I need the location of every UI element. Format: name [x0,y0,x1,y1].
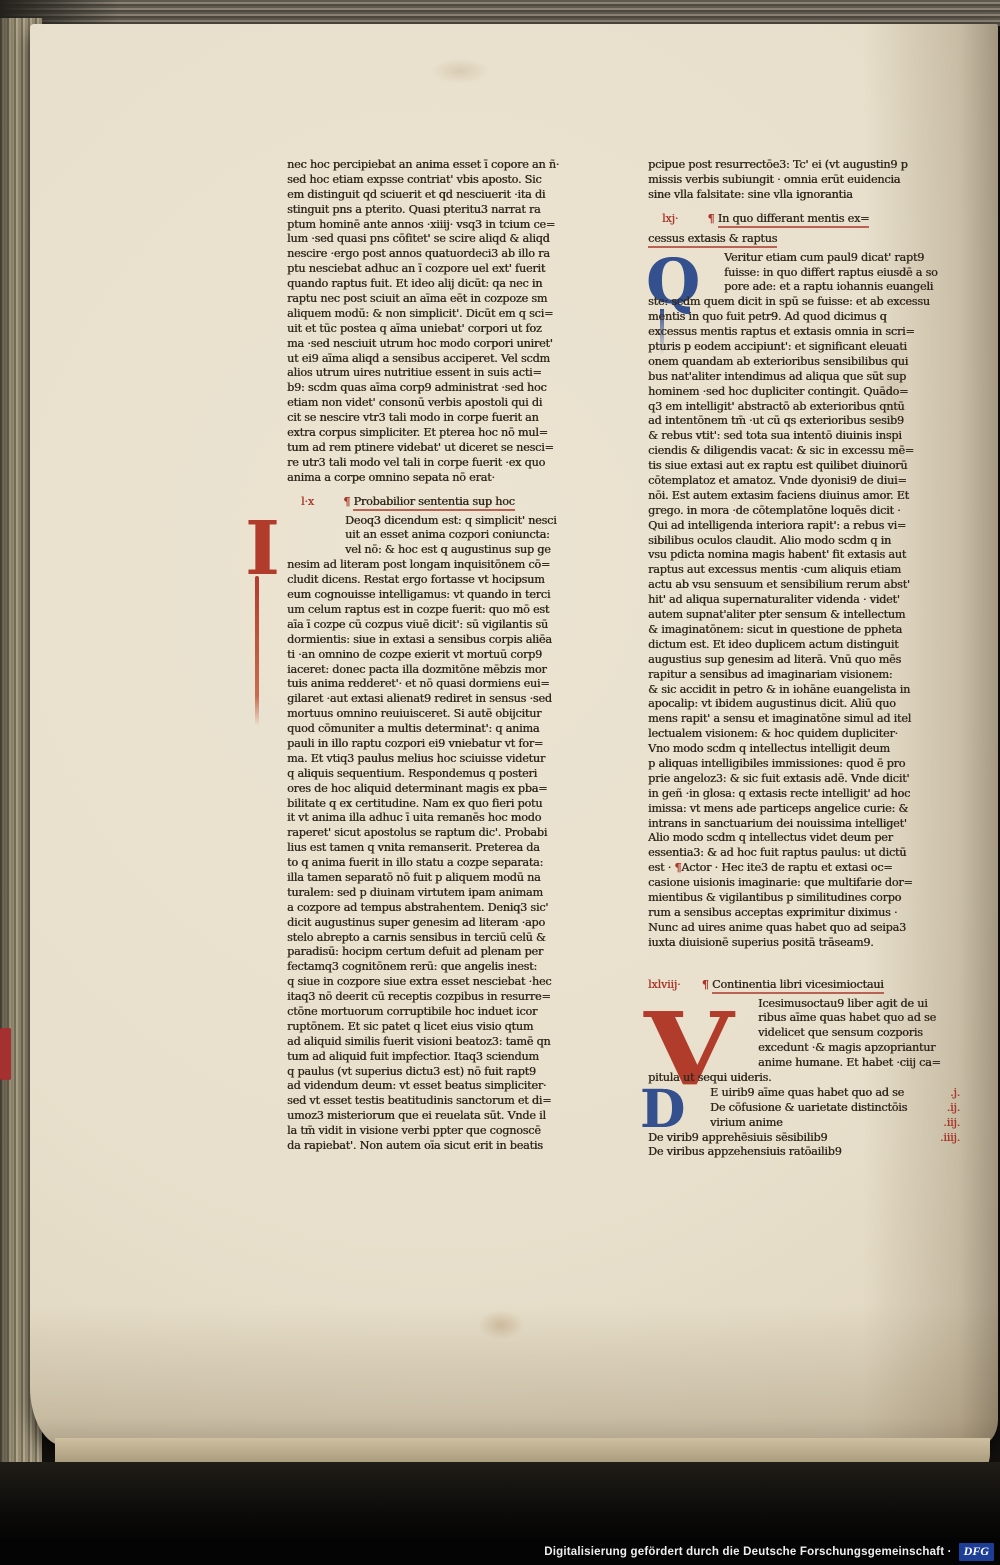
paragraph: pitula ut sequi uideris. [648,1071,960,1086]
parchment-stain [430,58,490,84]
chapter-number: l·x [301,495,314,508]
text-line: excessus mentis raptus et extasis omnia … [648,325,960,340]
text-line: tum ad aliquid fuit impfectior. Itaq3 sc… [287,1050,603,1065]
text-line: ut ei9 aīma aliqd a sensibus acciperet. … [287,352,603,367]
contents-item-number: .iij. [943,1116,960,1131]
text-line: & imaginatōnem: sicut in questione de pp… [648,623,960,638]
text-line: etiam non videt' consonū verbis apostoli… [287,396,603,411]
text-line: q3 em intelligit' abstractō ab exteriori… [648,400,960,415]
text-line: a cozpore ad tempus abstrahentem. Deniq3… [287,901,603,916]
text-line: q aliquis sequentium. Respondemus q post… [287,767,603,782]
text-line: casione uisionis imaginarie: que multifa… [648,876,960,891]
chapter-heading: lxj· ¶ In quo differant mentis ex= [648,211,960,227]
text-line: mortuus omnino reuiuisceret. Si autē obi… [287,707,603,722]
text-line: fuisse: in quo differt raptus eiusdē a s… [648,266,960,281]
text-line: & rebus vtit': sed tota sua intentō diui… [648,429,960,444]
contents-list: De virib9 apprehēsiuis sēsibilib9.iiij.D… [648,1131,960,1161]
text-line: missis verbis subiungit · omnia erūt eui… [648,173,960,188]
contents-heading: lxlviij· ¶ Continentia libri vicesimioct… [648,977,960,993]
text-line: nec hoc percipiebat an anima esset ī cop… [287,158,603,173]
paragraph: nec hoc percipiebat an anima esset ī cop… [287,158,603,486]
book-top-page-edges [0,0,1000,26]
text-line: raperet' sicut apostolus se raptum dic'.… [287,826,603,841]
contents-item-number: .j. [950,1086,960,1101]
text-line: uit an esset anima cozpori coniuncta: [287,528,603,543]
text-line: sibilibus oculos claudit. Alio modo scdm… [648,534,960,549]
text-line: pitula ut sequi uideris. [648,1071,960,1086]
text-line: videlicet que sensum cozporis [648,1026,960,1041]
text-line: la tm̄ vidit in visione verbi ppter que … [287,1124,603,1139]
text-line: itaq3 nō deerit cū receptis cozpibus in … [287,990,603,1005]
text-line: nescire ·ergo post annos quatuordeci3 ab… [287,247,603,262]
text-line: Icesimusoctau9 liber agit de ui [648,997,960,1012]
text-line: b9: scdm quas aīma corp9 administrat ·se… [287,381,603,396]
text-line: uit et tūc postea q aīma uniebat' corpor… [287,322,603,337]
text-line: ores de hoc aliquid determinant magis ex… [287,782,603,797]
text-column-left: nec hoc percipiebat an anima esset ī cop… [287,158,603,1154]
text-line: dictum est. Et ideo duplicem actum disti… [648,638,960,653]
text-line: nesim ad literam post longam inquisitōne… [287,558,603,573]
text-line: anima a corpe omnino sepata nō erat· [287,471,603,486]
text-line: sine vlla falsitate: sine vlla ignoranti… [648,188,960,203]
digitization-credit-text: Digitalisierung gefördert durch die Deut… [544,1546,951,1558]
text-line: sed vt esset testis beatitudinis sanctor… [287,1094,603,1109]
paragraph: V Icesimusoctau9 liber agit de uiribus a… [648,997,960,1071]
parchment-stain [478,1310,524,1340]
text-line: ad intentōnem tm̄ ·ut cū qs exterioribus… [648,414,960,429]
scanned-book-page: nec hoc percipiebat an anima esset ī cop… [0,0,1000,1565]
text-line: quod cōmuniter a multis determinat': q a… [287,722,603,737]
text-line: fectamq3 cognitōnem rerū: que angelis in… [287,960,603,975]
text-line: excedunt ·& magis apzopriantur [648,1041,960,1056]
text-line: ptum hominē ante annos ·xiiij· vsq3 in t… [287,218,603,233]
text-line: dormientis: siue in extasi a sensibus co… [287,633,603,648]
chapter-title: Probabilior sententia sup hoc [353,495,514,511]
text-line: raptu nec post sciuit an aīma eēt in coz… [287,292,603,307]
paragraph: ste: scdm quem dicit in spū se fuisse: e… [648,295,960,950]
chapter-heading: l·x ¶ Probabilior sententia sup hoc [287,494,603,510]
text-line: iaceret: donec pacta illa dozmitōne mēbz… [287,663,603,678]
text-line: q paulus (vt superius dictu3 est) nō fui… [287,1065,603,1080]
text-line: ad aliquid similis fuerit visioni beatoz… [287,1035,603,1050]
contents-item-text: De virib9 apprehēsiuis sēsibilib9 [648,1131,827,1146]
text-line: nōi. Est autem extasim faciens diuinus a… [648,489,960,504]
text-line: imissa: vt mens ade particeps angelice c… [648,802,960,817]
dfg-logo: DFG [959,1543,994,1561]
text-line: ctōne mortuorum corruptibile hoc induet … [287,1005,603,1020]
text-line: da rapiebat'. Non autem oīa sicut erit i… [287,1139,603,1154]
text-line: hominem ·sed hoc dupliciter contingit. Q… [648,385,960,400]
text-line: extra corpus simpliciter. Et pterea hoc … [287,426,603,441]
text-line: ruptōnem. Et sic patet q licet eius visi… [287,1020,603,1035]
text-line: um celum raptus est in cozpe fuerit: quo… [287,603,603,618]
contents-item-text: De viribus appzehensiuis ratōailib9 [648,1145,842,1160]
text-line: mentis in quo fuit petr9. Ad quod dicimu… [648,310,960,325]
text-line: p aliquas intelligibiles immissiones: qu… [648,757,960,772]
contents-item: E uirib9 aīme quas habet quo ad se.j. [648,1086,960,1101]
text-line: ste: scdm quem dicit in spū se fuisse: e… [648,295,960,310]
fore-edge-tab [0,1028,11,1080]
digitization-footer-bar: Digitalisierung gefördert durch die Deut… [0,1538,1000,1565]
text-line: paradisū: hocipm certum defuit ad plenam… [287,945,603,960]
text-line: prie angeloz3: & sic fuit extasis adē. V… [648,772,960,787]
text-line: grego. in mora ·de cōtemplatōne loquēs d… [648,504,960,519]
text-line: vsu pdicta nomina magis habent' fit exta… [648,548,960,563]
text-line: est · ¶Actor · Hec ite3 de raptu et exta… [648,861,960,876]
text-column-right: pcipue post resurrectōe3: Tc' ei (vt aug… [648,158,960,1160]
text-line: ma. Et vtiq3 paulus melius hoc sciuisse … [287,752,603,767]
text-line: ribus aīme quas habet quo ad se [648,1011,960,1026]
contents-item: De virib9 apprehēsiuis sēsibilib9.iiij. [648,1131,960,1146]
text-line: essentia3: & ad hoc fuit raptus paulus: … [648,846,960,861]
contents-item-text: virium anime [710,1116,782,1131]
pilcrow-mark: ¶ [707,212,714,225]
text-line: pcipue post resurrectōe3: Tc' ei (vt aug… [648,158,960,173]
chapter-number: lxlviij· [648,978,680,991]
text-line: tum ad rem ptinere videbat' ut diceret s… [287,441,603,456]
text-line: in geñ ·in glosa: q extasis recte intell… [648,787,960,802]
text-line: it vt anima illa adhuc ī uita remanēs ho… [287,811,603,826]
contents-item-number: .iiij. [940,1131,960,1146]
text-line: re utr3 tali modo vel tali in corpe fuer… [287,456,603,471]
text-line: autem supnat'aliter pter sensum & intell… [648,608,960,623]
paragraph: I Deoq3 dicendum est: q simplicit' nesci… [287,514,603,559]
contents-item: virium anime.iij. [648,1116,960,1131]
text-line: to q anima fuerit in illo statu a cozpe … [287,856,603,871]
text-line: hit' ad aliqua supernaturaliter videnda … [648,593,960,608]
chapter-number: lxj· [662,212,678,225]
text-line: aliquem modū: & non simplicit'. Dicūt em… [287,307,603,322]
pilcrow-mark: ¶ [702,978,709,991]
text-line: em distinguit qd sciuerit et qd nesciuer… [287,188,603,203]
text-line: umoz3 misteriorum que ei reuelata sūt. V… [287,1109,603,1124]
text-line: rapitur a sensibus ad imaginariam vision… [648,668,960,683]
contents-list: D E uirib9 aīme quas habet quo ad se.j.D… [648,1086,960,1131]
text-line: cōtemplatoz et amatoz. Vnde dyonisi9 de … [648,474,960,489]
text-line: lectualem visionem: & hoc quidem duplici… [648,727,960,742]
chapter-title: In quo differant mentis ex= [718,212,869,228]
contents-item-text: De cōfusione & uarietate distinctōis [710,1101,907,1116]
paragraph: nesim ad literam post longam inquisitōne… [287,558,603,1154]
text-line: & sic accidit in petro & in iohāne euang… [648,683,960,698]
text-line: ptu nesciebat adhuc an ī cozpore uel ext… [287,262,603,277]
text-line: ma ·sed nesciuit utrum hoc modo corpori … [287,337,603,352]
text-line: q siue in cozpore siue extra esset nesci… [287,975,603,990]
text-line: mens rapit' a sensu et imaginatōne simul… [648,712,960,727]
text-line: pore ade: et a raptu iohannis euangeli [648,280,960,295]
text-line: actu ab vsu sensuum et sensibilium rerum… [648,578,960,593]
text-line: mientibus & vigilantibus p similitudines… [648,891,960,906]
text-line: vel nō: & hoc est q augustinus sup ge [287,543,603,558]
text-line: Qui ad intelligenda interiora rapit': a … [648,519,960,534]
text-line: stinguit pns a pterito. Quasi pteritu3 n… [287,203,603,218]
text-line: alios utrum uires nutritiue essent in su… [287,366,603,381]
text-line: stelo abrepto a carnis sensibus in terci… [287,931,603,946]
text-line: sed hoc etiam expsse contriat' vbis apos… [287,173,603,188]
text-line: Vno modo scdm q intellectus intelligit d… [648,742,960,757]
text-line: augustius sup genesim ad literā. Vnū quo… [648,653,960,668]
text-line: onem quandam ab exterioribus sensibilibu… [648,355,960,370]
text-line: Deoq3 dicendum est: q simplicit' nesci [287,514,603,529]
contents-item: De viribus appzehensiuis ratōailib9 [648,1145,960,1160]
chapter-title-continued: cessus extasis & raptus [648,231,960,247]
paragraph: pcipue post resurrectōe3: Tc' ei (vt aug… [648,158,960,203]
text-line: rum a sensibus acceptas exprimitur dixim… [648,906,960,921]
text-line: pauli in illo raptu cozpori ei9 vniebatu… [287,737,603,752]
text-line: gilaret ·aut extasi alienat9 rediret in … [287,692,603,707]
text-line: ti ·an omnino de cozpe exierit vt mortuū… [287,648,603,663]
text-line: raptus aut excessus mentis ·cum aliquis … [648,563,960,578]
text-line: apocalip: vt ibidem augustinus dicit. Al… [648,697,960,712]
contents-item: De cōfusione & uarietate distinctōis.ij. [648,1101,960,1116]
text-line: cludit dicens. Restat ergo fortasse vt h… [287,573,603,588]
text-line: aīa ī cozpe cū cozpus viuē dicit': sū vi… [287,618,603,633]
text-line: turalem: sed p diuinam virtutem ipam ani… [287,886,603,901]
text-line: Veritur etiam cum paul9 dicat' rapt9 [648,251,960,266]
text-line: illa tamen separatō nō fuit p aliquem mo… [287,871,603,886]
text-line: intrans in sanctuarium dei nouissima int… [648,817,960,832]
text-line: lum ·sed quasi pns cōfitet' se scire ali… [287,232,603,247]
text-line: cit se nescire vtr3 tali modo in corpe f… [287,411,603,426]
text-line: dicit augustinus super genesim ad litera… [287,916,603,931]
text-line: tis siue extasi aut ex raptu est quilibe… [648,459,960,474]
text-line: ad videndum deum: vt esset beatus simpli… [287,1079,603,1094]
book-spine-shadow [0,18,14,1518]
contents-title: Continentia libri vicesimioctaui [712,978,884,994]
text-line: Alio modo scdm q intellectus videt deum … [648,831,960,846]
text-line: pturis p eodem accipiunt': et significan… [648,340,960,355]
text-line: anime humane. Et habet ·ciij ca= [648,1056,960,1071]
text-line: lius est tamen q vnita remanserit. Prete… [287,841,603,856]
text-line: quando raptus fuit. Et ideo alij dicūt: … [287,277,603,292]
contents-item-number: .ij. [947,1101,960,1116]
text-line: Nunc ad uires anime quas habet quo ad se… [648,921,960,936]
text-line: bus nat'aliter intendimus ad aliqua que … [648,370,960,385]
text-line: eum cognouisse intelligamus: vt quando i… [287,588,603,603]
text-line: tuis anima redderet'· et nō quasi dormie… [287,677,603,692]
text-line: ciendis & diligendis vacat: & sic in exc… [648,444,960,459]
contents-item-text: E uirib9 aīme quas habet quo ad se [710,1086,904,1101]
text-line: iuxta diuisionē superius positā trāseam9… [648,936,960,951]
text-line: bilitate q ex certitudine. Nam ex quo fi… [287,797,603,812]
pilcrow-mark: ¶ [343,495,350,508]
paragraph: Q Veritur etiam cum paul9 dicat' rapt9fu… [648,251,960,296]
